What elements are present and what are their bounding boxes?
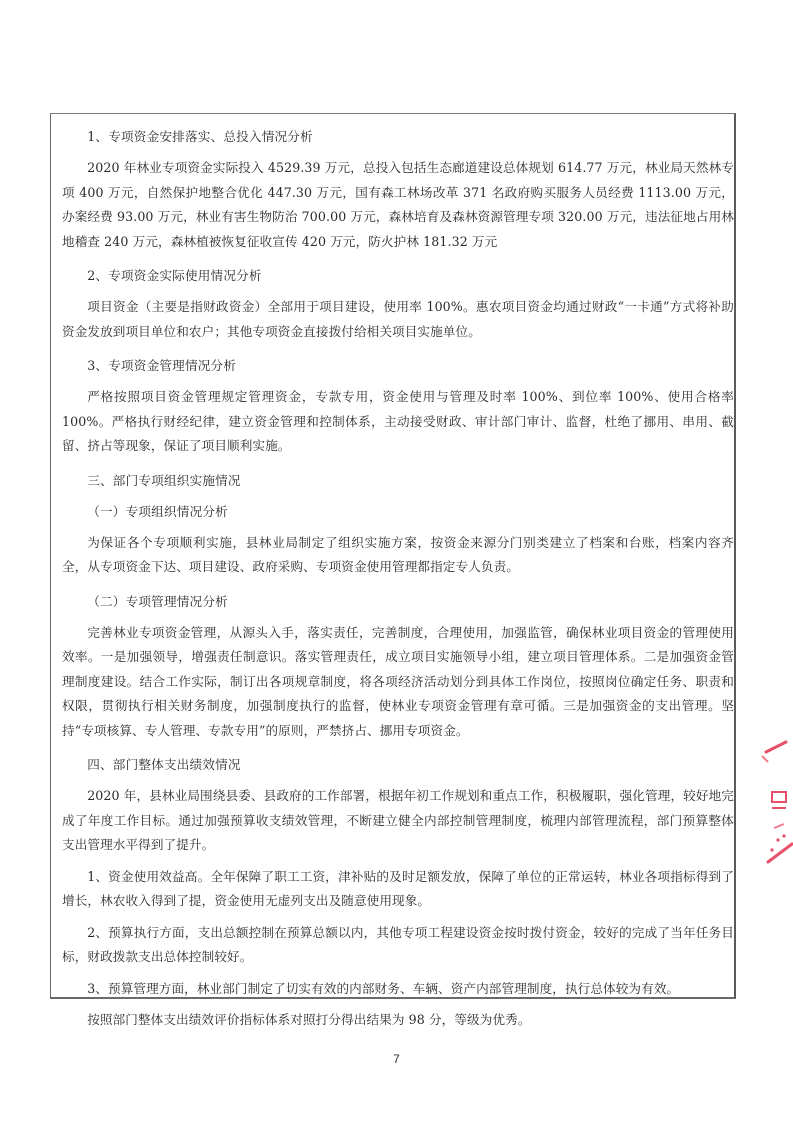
heading-management-analysis: （二）专项管理情况分析 [62, 590, 734, 614]
heading-section-three: 三、部门专项组织实施情况 [62, 469, 734, 493]
paragraph-overall-performance: 2020 年，县林业局围绕县委、县政府的工作部署，根据年初工作规划和重点工作，积… [62, 784, 734, 858]
paragraph-point-three: 3、预算管理方面，林业部门制定了切实有效的内部财务、车辆、资产内部管理制度，执行… [62, 977, 734, 1002]
page-number: 7 [0, 1052, 793, 1066]
heading-actual-usage: 2、专项资金实际使用情况分析 [62, 264, 734, 288]
document-body: 1、专项资金安排落实、总投入情况分析 2020 年林业专项资金实际投入 4529… [62, 118, 734, 1033]
heading-special-funds-allocation: 1、专项资金安排落实、总投入情况分析 [62, 125, 734, 149]
paragraph-actual-usage: 项目资金（主要是指财政资金）全部用于项目建设，使用率 100%。惠农项目资金均通… [62, 295, 734, 344]
paragraph-organization-analysis: 为保证各个专项顺利实施，县林业局制定了组织实施方案，按资金来源分门别类建立了档案… [62, 531, 734, 580]
heading-section-four: 四、部门整体支出绩效情况 [62, 753, 734, 777]
paragraph-funds-management: 严格按照项目资金管理规定管理资金，专款专用，资金使用与管理及时率 100%、到位… [62, 385, 734, 459]
paragraph-point-one: 1、资金使用效益高。全年保障了职工工资，津补贴的及时足额发放，保障了单位的正常运… [62, 865, 734, 914]
heading-organization-analysis: （一）专项组织情况分析 [62, 500, 734, 524]
paragraph-point-two: 2、预算执行方面，支出总额控制在预算总额以内，其他专项工程建设资金按时拨付资金，… [62, 921, 734, 970]
paragraph-score-result: 按照部门整体支出绩效评价指标体系对照打分得出结果为 98 分，等级为优秀。 [62, 1008, 734, 1033]
heading-funds-management: 3、专项资金管理情况分析 [62, 354, 734, 378]
red-seal-stamp-fragment [758, 740, 793, 880]
paragraph-management-analysis: 完善林业专项资金管理，从源头入手，落实责任，完善制度，合理使用，加强监管，确保林… [62, 621, 734, 744]
paragraph-total-investment: 2020 年林业专项资金实际投入 4529.39 万元，总投入包括生态廊道建设总… [62, 156, 734, 254]
